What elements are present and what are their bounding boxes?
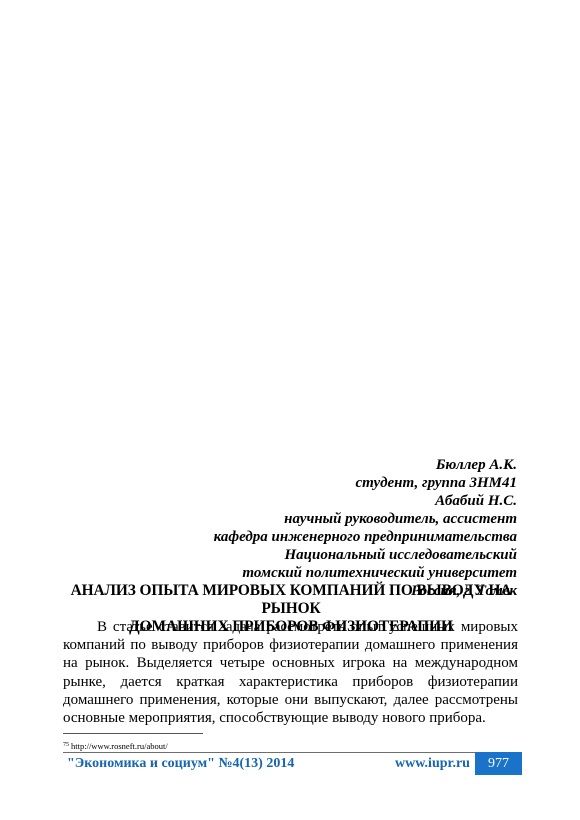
university-line-2: томский политехнический университет [63, 564, 517, 582]
author-block: Бюллер А.К. студент, группа 3НМ41 Абабий… [63, 456, 517, 600]
abstract-paragraph: В статье ставится задача рассмотреть опы… [63, 618, 518, 727]
supervisor-position: научный руководитель, ассистент [63, 510, 517, 528]
department: кафедра инженерного предпринимательства [63, 528, 517, 546]
journal-website-link[interactable]: www.iupr.ru [395, 755, 470, 772]
university-line-1: Национальный исследовательский [63, 546, 517, 564]
footnote-divider [63, 733, 203, 734]
title-line: АНАЛИЗ ОПЫТА МИРОВЫХ КОМПАНИЙ ПО ВЫВОДУ … [63, 582, 519, 618]
document-page: Бюллер А.К. студент, группа 3НМ41 Абабий… [0, 0, 580, 820]
footer-divider [63, 752, 522, 753]
footnote-link[interactable]: http://www.rosneft.ru/about/ [71, 741, 168, 751]
author-position: студент, группа 3НМ41 [63, 474, 517, 492]
author-name: Бюллер А.К. [63, 456, 517, 474]
footnote-number: 75 [63, 742, 69, 748]
supervisor-name: Абабий Н.С. [63, 492, 517, 510]
journal-name: "Экономика и социум" №4(13) 2014 [67, 755, 294, 772]
page-number-badge: 977 [475, 752, 522, 775]
footnote: 75http://www.rosneft.ru/about/ [63, 740, 168, 751]
